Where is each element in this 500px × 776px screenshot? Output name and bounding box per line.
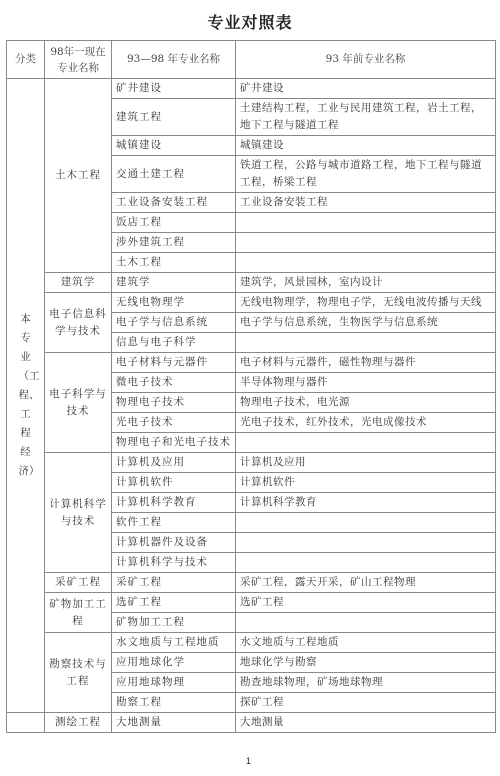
- major-pre-93-cell: 电子学与信息系统，生物医学与信息系统: [236, 313, 496, 333]
- major-93-98-cell: 应用地球化学: [112, 653, 236, 673]
- current-major-cell: 采矿工程: [45, 573, 112, 593]
- major-pre-93-cell: 水文地质与工程地质: [236, 633, 496, 653]
- major-pre-93-cell: [236, 613, 496, 633]
- major-pre-93-cell: 半导体物理与器件: [236, 373, 496, 393]
- major-pre-93-cell: 大地测量: [236, 713, 496, 733]
- table-row: 采矿工程采矿工程采矿工程，露天开采，矿山工程物理: [7, 573, 496, 593]
- major-pre-93-cell: 选矿工程: [236, 593, 496, 613]
- current-major-cell: 测绘工程: [45, 713, 112, 733]
- major-93-98-cell: 建筑学: [112, 273, 236, 293]
- major-pre-93-cell: 矿井建设: [236, 79, 496, 99]
- major-pre-93-cell: 土建结构工程，工业与民用建筑工程，岩土工程，地下工程与隧道工程: [236, 99, 496, 136]
- major-pre-93-cell: 无线电物理学，物理电子学，无线电波传播与天线: [236, 293, 496, 313]
- major-93-98-cell: 建筑工程: [112, 99, 236, 136]
- major-pre-93-cell: [236, 533, 496, 553]
- major-pre-93-cell: [236, 233, 496, 253]
- current-major-cell: 计算机科学与技术: [45, 453, 112, 573]
- document-title: 专业对照表: [0, 10, 500, 33]
- major-pre-93-cell: [236, 553, 496, 573]
- header-93-98-major: 93—98 年专业名称: [112, 41, 236, 79]
- major-93-98-cell: 计算机软件: [112, 473, 236, 493]
- current-major-cell: 电子信息科学与技术: [45, 293, 112, 353]
- major-pre-93-cell: 铁道工程，公路与城市道路工程，地下工程与隧道工程，桥梁工程: [236, 156, 496, 193]
- major-93-98-cell: 交通土建工程: [112, 156, 236, 193]
- major-93-98-cell: 水文地质与工程地质: [112, 633, 236, 653]
- major-93-98-cell: 计算机科学教育: [112, 493, 236, 513]
- table-row: 勘察技术与工程水文地质与工程地质水文地质与工程地质: [7, 633, 496, 653]
- major-pre-93-cell: 电子材料与元器件，磁性物理与器件: [236, 353, 496, 373]
- major-93-98-cell: 采矿工程: [112, 573, 236, 593]
- table-row: 计算机科学与技术计算机及应用计算机及应用: [7, 453, 496, 473]
- table-row: 电子科学与技术电子材料与元器件电子材料与元器件，磁性物理与器件: [7, 353, 496, 373]
- table-row: 测绘工程大地测量大地测量: [7, 713, 496, 733]
- major-93-98-cell: 电子学与信息系统: [112, 313, 236, 333]
- major-93-98-cell: 矿物加工工程: [112, 613, 236, 633]
- major-93-98-cell: 光电子技术: [112, 413, 236, 433]
- major-93-98-cell: 土木工程: [112, 253, 236, 273]
- major-93-98-cell: 涉外建筑工程: [112, 233, 236, 253]
- major-pre-93-cell: 地球化学与勘察: [236, 653, 496, 673]
- major-93-98-cell: 计算机及应用: [112, 453, 236, 473]
- category-label: 本专业（工程、工程经济）: [19, 310, 33, 481]
- table-row: 矿物加工工程选矿工程选矿工程: [7, 593, 496, 613]
- major-pre-93-cell: 建筑学，风景园林，室内设计: [236, 273, 496, 293]
- major-93-98-cell: 饭店工程: [112, 213, 236, 233]
- major-pre-93-cell: 探矿工程: [236, 693, 496, 713]
- table-row: 建筑学建筑学建筑学，风景园林，室内设计: [7, 273, 496, 293]
- table-body: 本专业（工程、工程经济）土木工程矿井建设矿井建设建筑工程土建结构工程，工业与民用…: [7, 79, 496, 733]
- major-pre-93-cell: 物理电子技术，电光源: [236, 393, 496, 413]
- current-major-cell: 电子科学与技术: [45, 353, 112, 453]
- current-major-cell: 矿物加工工程: [45, 593, 112, 633]
- major-93-98-cell: 工业设备安装工程: [112, 193, 236, 213]
- major-93-98-cell: 勘察工程: [112, 693, 236, 713]
- major-93-98-cell: 无线电物理学: [112, 293, 236, 313]
- major-93-98-cell: 微电子技术: [112, 373, 236, 393]
- major-93-98-cell: 软件工程: [112, 513, 236, 533]
- major-93-98-cell: 选矿工程: [112, 593, 236, 613]
- page-number: 1: [246, 756, 251, 766]
- major-93-98-cell: 电子材料与元器件: [112, 353, 236, 373]
- major-93-98-cell: 城镇建设: [112, 136, 236, 156]
- major-pre-93-cell: [236, 253, 496, 273]
- major-93-98-cell: 物理电子技术: [112, 393, 236, 413]
- header-category: 分类: [7, 41, 45, 79]
- major-pre-93-cell: 工业设备安装工程: [236, 193, 496, 213]
- major-pre-93-cell: 计算机软件: [236, 473, 496, 493]
- major-pre-93-cell: [236, 333, 496, 353]
- major-pre-93-cell: 光电子技术，红外技术，光电成像技术: [236, 413, 496, 433]
- major-93-98-cell: 计算机科学与技术: [112, 553, 236, 573]
- major-pre-93-cell: [236, 433, 496, 453]
- current-major-cell: 土木工程: [45, 79, 112, 273]
- major-pre-93-cell: 城镇建设: [236, 136, 496, 156]
- major-pre-93-cell: 计算机及应用: [236, 453, 496, 473]
- major-93-98-cell: 物理电子和光电子技术: [112, 433, 236, 453]
- major-93-98-cell: 应用地球物理: [112, 673, 236, 693]
- major-93-98-cell: 信息与电子科学: [112, 333, 236, 353]
- major-pre-93-cell: 计算机科学教育: [236, 493, 496, 513]
- current-major-cell: 建筑学: [45, 273, 112, 293]
- category-cell-empty: [7, 713, 45, 733]
- major-pre-93-cell: [236, 213, 496, 233]
- major-pre-93-cell: 勘查地球物理，矿场地球物理: [236, 673, 496, 693]
- header-pre-93-major: 93 年前专业名称: [236, 41, 496, 79]
- table-row: 电子信息科学与技术无线电物理学无线电物理学，物理电子学，无线电波传播与天线: [7, 293, 496, 313]
- table-row: 本专业（工程、工程经济）土木工程矿井建设矿井建设: [7, 79, 496, 99]
- major-93-98-cell: 计算机器件及设备: [112, 533, 236, 553]
- major-93-98-cell: 矿井建设: [112, 79, 236, 99]
- major-comparison-table: 分类 98年一现在专业名称 93—98 年专业名称 93 年前专业名称 本专业（…: [6, 40, 496, 733]
- major-93-98-cell: 大地测量: [112, 713, 236, 733]
- category-cell: 本专业（工程、工程经济）: [7, 79, 45, 713]
- header-current-major: 98年一现在专业名称: [45, 41, 112, 79]
- current-major-cell: 勘察技术与工程: [45, 633, 112, 713]
- major-pre-93-cell: [236, 513, 496, 533]
- major-pre-93-cell: 采矿工程，露天开采，矿山工程物理: [236, 573, 496, 593]
